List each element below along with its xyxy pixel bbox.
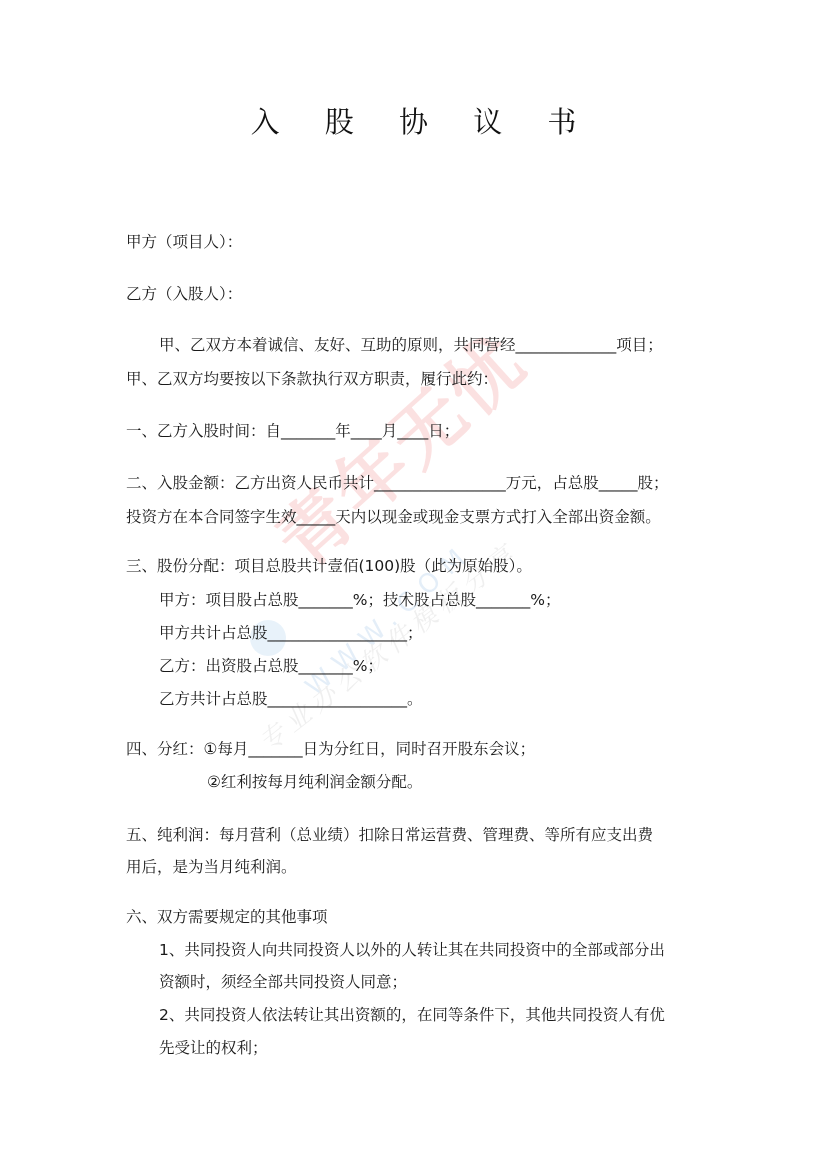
section-2-amount-line-2: 投资方在本合同签字生效_____天内以现金或现金支票方式打入全部出资金额。 (126, 507, 661, 527)
party-b-label: 乙方（入股人）： (126, 284, 242, 304)
document-title: 入 股 协 议 书 (0, 100, 827, 141)
section-1-join-time: 一、乙方入股时间：自_______年____月____日； (126, 421, 459, 441)
document-page: 青年无忧 WWW.COM 专业办公软件模板分享 入 股 协 议 书 甲方（项目人… (0, 0, 827, 1169)
section-6-item-1-line-2: 资额时，须经全部共同投资人同意； (159, 972, 407, 992)
section-5-line-1: 五、纯利润：每月营利（总业绩）扣除日常运营费、管理费、等所有应支出费 (126, 825, 653, 845)
party-a-label: 甲方（项目人）： (126, 232, 242, 252)
section-3-item-3: 乙方：出资股占总股_______%； (159, 656, 383, 676)
section-3-item-4: 乙方共计占总股__________________。 (159, 689, 423, 709)
section-6-item-2-line-1: 2、共同投资人依法转让其出资额的，在同等条件下，其他共同投资人有优 (159, 1005, 665, 1025)
section-2-amount-line-1: 二、入股金额：乙方出资人民币共计_________________万元，占总股_… (126, 473, 669, 493)
section-3-item-2: 甲方共计占总股__________________； (159, 623, 423, 643)
section-6-item-1-line-1: 1、共同投资人向共同投资人以外的人转让其在共同投资中的全部或部分出 (159, 940, 665, 960)
section-4-heading: 四、分红：①每月_______日为分红日，同时召开股东会议； (126, 739, 535, 759)
section-3-heading: 三、股份分配：项目总股共计壹佰(100)股（此为原始股）。 (126, 556, 532, 576)
preamble-line-1: 甲、乙双方本着诚信、友好、互助的原则，共同营经_____________项目； (159, 335, 663, 355)
section-6-item-2-line-2: 先受让的权利； (159, 1038, 268, 1058)
section-3-item-1: 甲方：项目股占总股_______%；技术股占总股_______%； (159, 590, 560, 610)
preamble-line-2: 甲、乙双方均要按以下条款执行双方职责，履行此约： (126, 369, 498, 389)
section-5-line-2: 用后，是为当月纯利润。 (126, 857, 297, 877)
section-4-item-2: ②红利按每月纯利润金额分配。 (207, 772, 422, 792)
section-6-heading: 六、双方需要规定的其他事项 (126, 907, 328, 927)
